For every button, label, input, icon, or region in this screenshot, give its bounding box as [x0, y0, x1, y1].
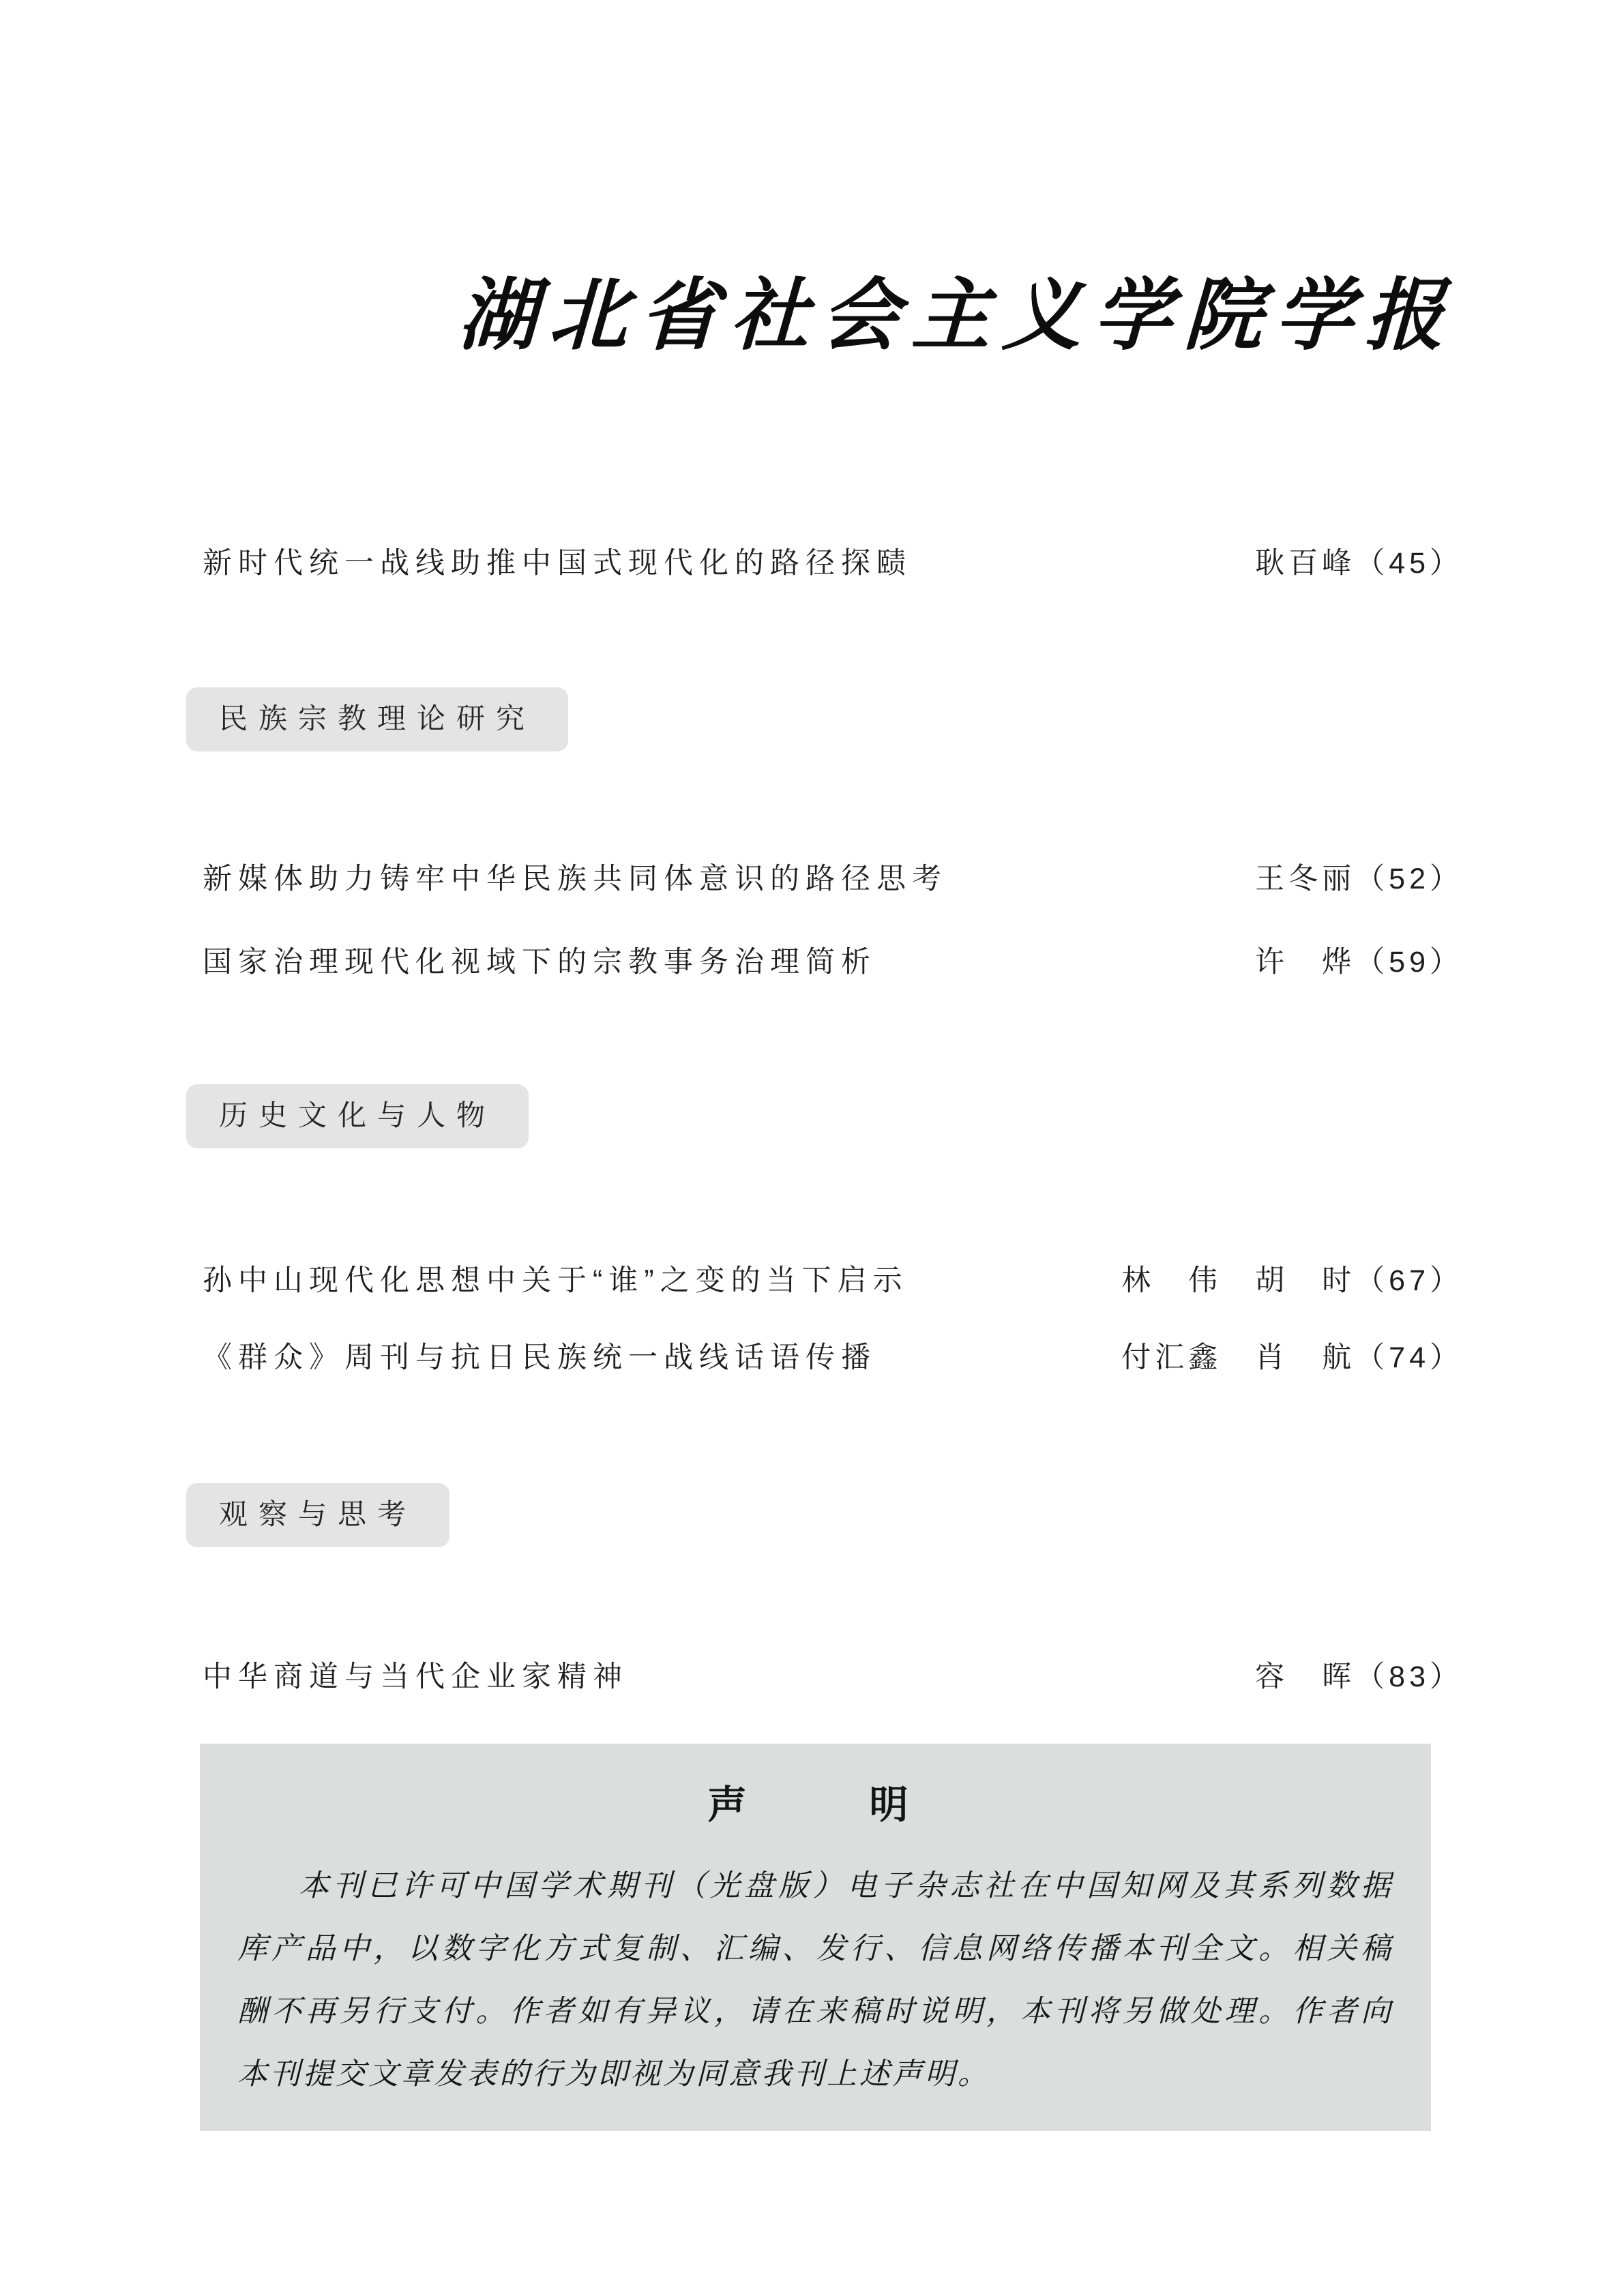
- section-header-guancha-sikao: 观察与思考: [186, 1483, 449, 1547]
- toc-entry: 孙中山现代化思想中关于“谁”之变的当下启示 林 伟 胡 时（67）: [203, 1263, 1463, 1298]
- statement-line: 库产品中，以数字化方式复制、汇编、发行、信息网络传播本刊全文。相关稿: [237, 1918, 1393, 1980]
- statement-line: 本刊已许可中国学术期刊（光盘版）电子杂志社在中国知网及其系列数据: [237, 1855, 1393, 1918]
- section-header-minzu-zongjiao: 民族宗教理论研究: [186, 687, 568, 751]
- toc-entry: 国家治理现代化视域下的宗教事务治理简析 许 烨（59）: [203, 944, 1463, 980]
- article-author-page: 耿百峰（45）: [1228, 546, 1463, 581]
- article-author-page: 容 晖（83）: [1228, 1659, 1463, 1695]
- toc-entry: 《群众》周刊与抗日民族统一战线话语传播 付汇鑫 肖 航（74）: [203, 1340, 1463, 1375]
- toc-entry: 中华商道与当代企业家精神 容 晖（83）: [203, 1659, 1463, 1695]
- article-title: 新时代统一战线助推中国式现代化的路径探赜: [203, 546, 912, 581]
- article-title: 《群众》周刊与抗日民族统一战线话语传播: [203, 1340, 876, 1375]
- statement-line: 本刊提交文章发表的行为即视为同意我刊上述声明。: [237, 2043, 1393, 2106]
- section-header-lishi-wenhua: 历史文化与人物: [186, 1084, 529, 1148]
- article-title: 中华商道与当代企业家精神: [203, 1659, 628, 1695]
- article-author-page: 林 伟 胡 时（67）: [1094, 1263, 1463, 1298]
- article-title: 新媒体助力铸牢中华民族共同体意识的路径思考: [203, 861, 947, 897]
- toc-entry: 新时代统一战线助推中国式现代化的路径探赜 耿百峰（45）: [203, 546, 1463, 581]
- statement-title: 声 明: [200, 1781, 1431, 1829]
- article-author-page: 王冬丽（52）: [1228, 861, 1463, 897]
- journal-toc-page: 湖北省社会主义学院学报 新时代统一战线助推中国式现代化的路径探赜 耿百峰（45）…: [0, 0, 1624, 2296]
- article-author-page: 付汇鑫 肖 航（74）: [1094, 1340, 1463, 1375]
- section-label: 民族宗教理论研究: [219, 702, 535, 734]
- article-title: 孙中山现代化思想中关于“谁”之变的当下启示: [203, 1263, 909, 1298]
- section-label: 历史文化与人物: [219, 1099, 496, 1131]
- toc-entry: 新媒体助力铸牢中华民族共同体意识的路径思考 王冬丽（52）: [203, 861, 1463, 897]
- statement-box: 声 明 本刊已许可中国学术期刊（光盘版）电子杂志社在中国知网及其系列数据 库产品…: [200, 1744, 1431, 2131]
- article-author-page: 许 烨（59）: [1228, 944, 1463, 980]
- journal-title: 湖北省社会主义学院学报: [199, 265, 1458, 367]
- statement-paragraph: 本刊已许可中国学术期刊（光盘版）电子杂志社在中国知网及其系列数据 库产品中，以数…: [237, 1855, 1393, 2106]
- article-title: 国家治理现代化视域下的宗教事务治理简析: [203, 944, 876, 980]
- section-label: 观察与思考: [219, 1498, 417, 1530]
- statement-line: 酬不再另行支付。作者如有异议，请在来稿时说明，本刊将另做处理。作者向: [237, 1980, 1393, 2043]
